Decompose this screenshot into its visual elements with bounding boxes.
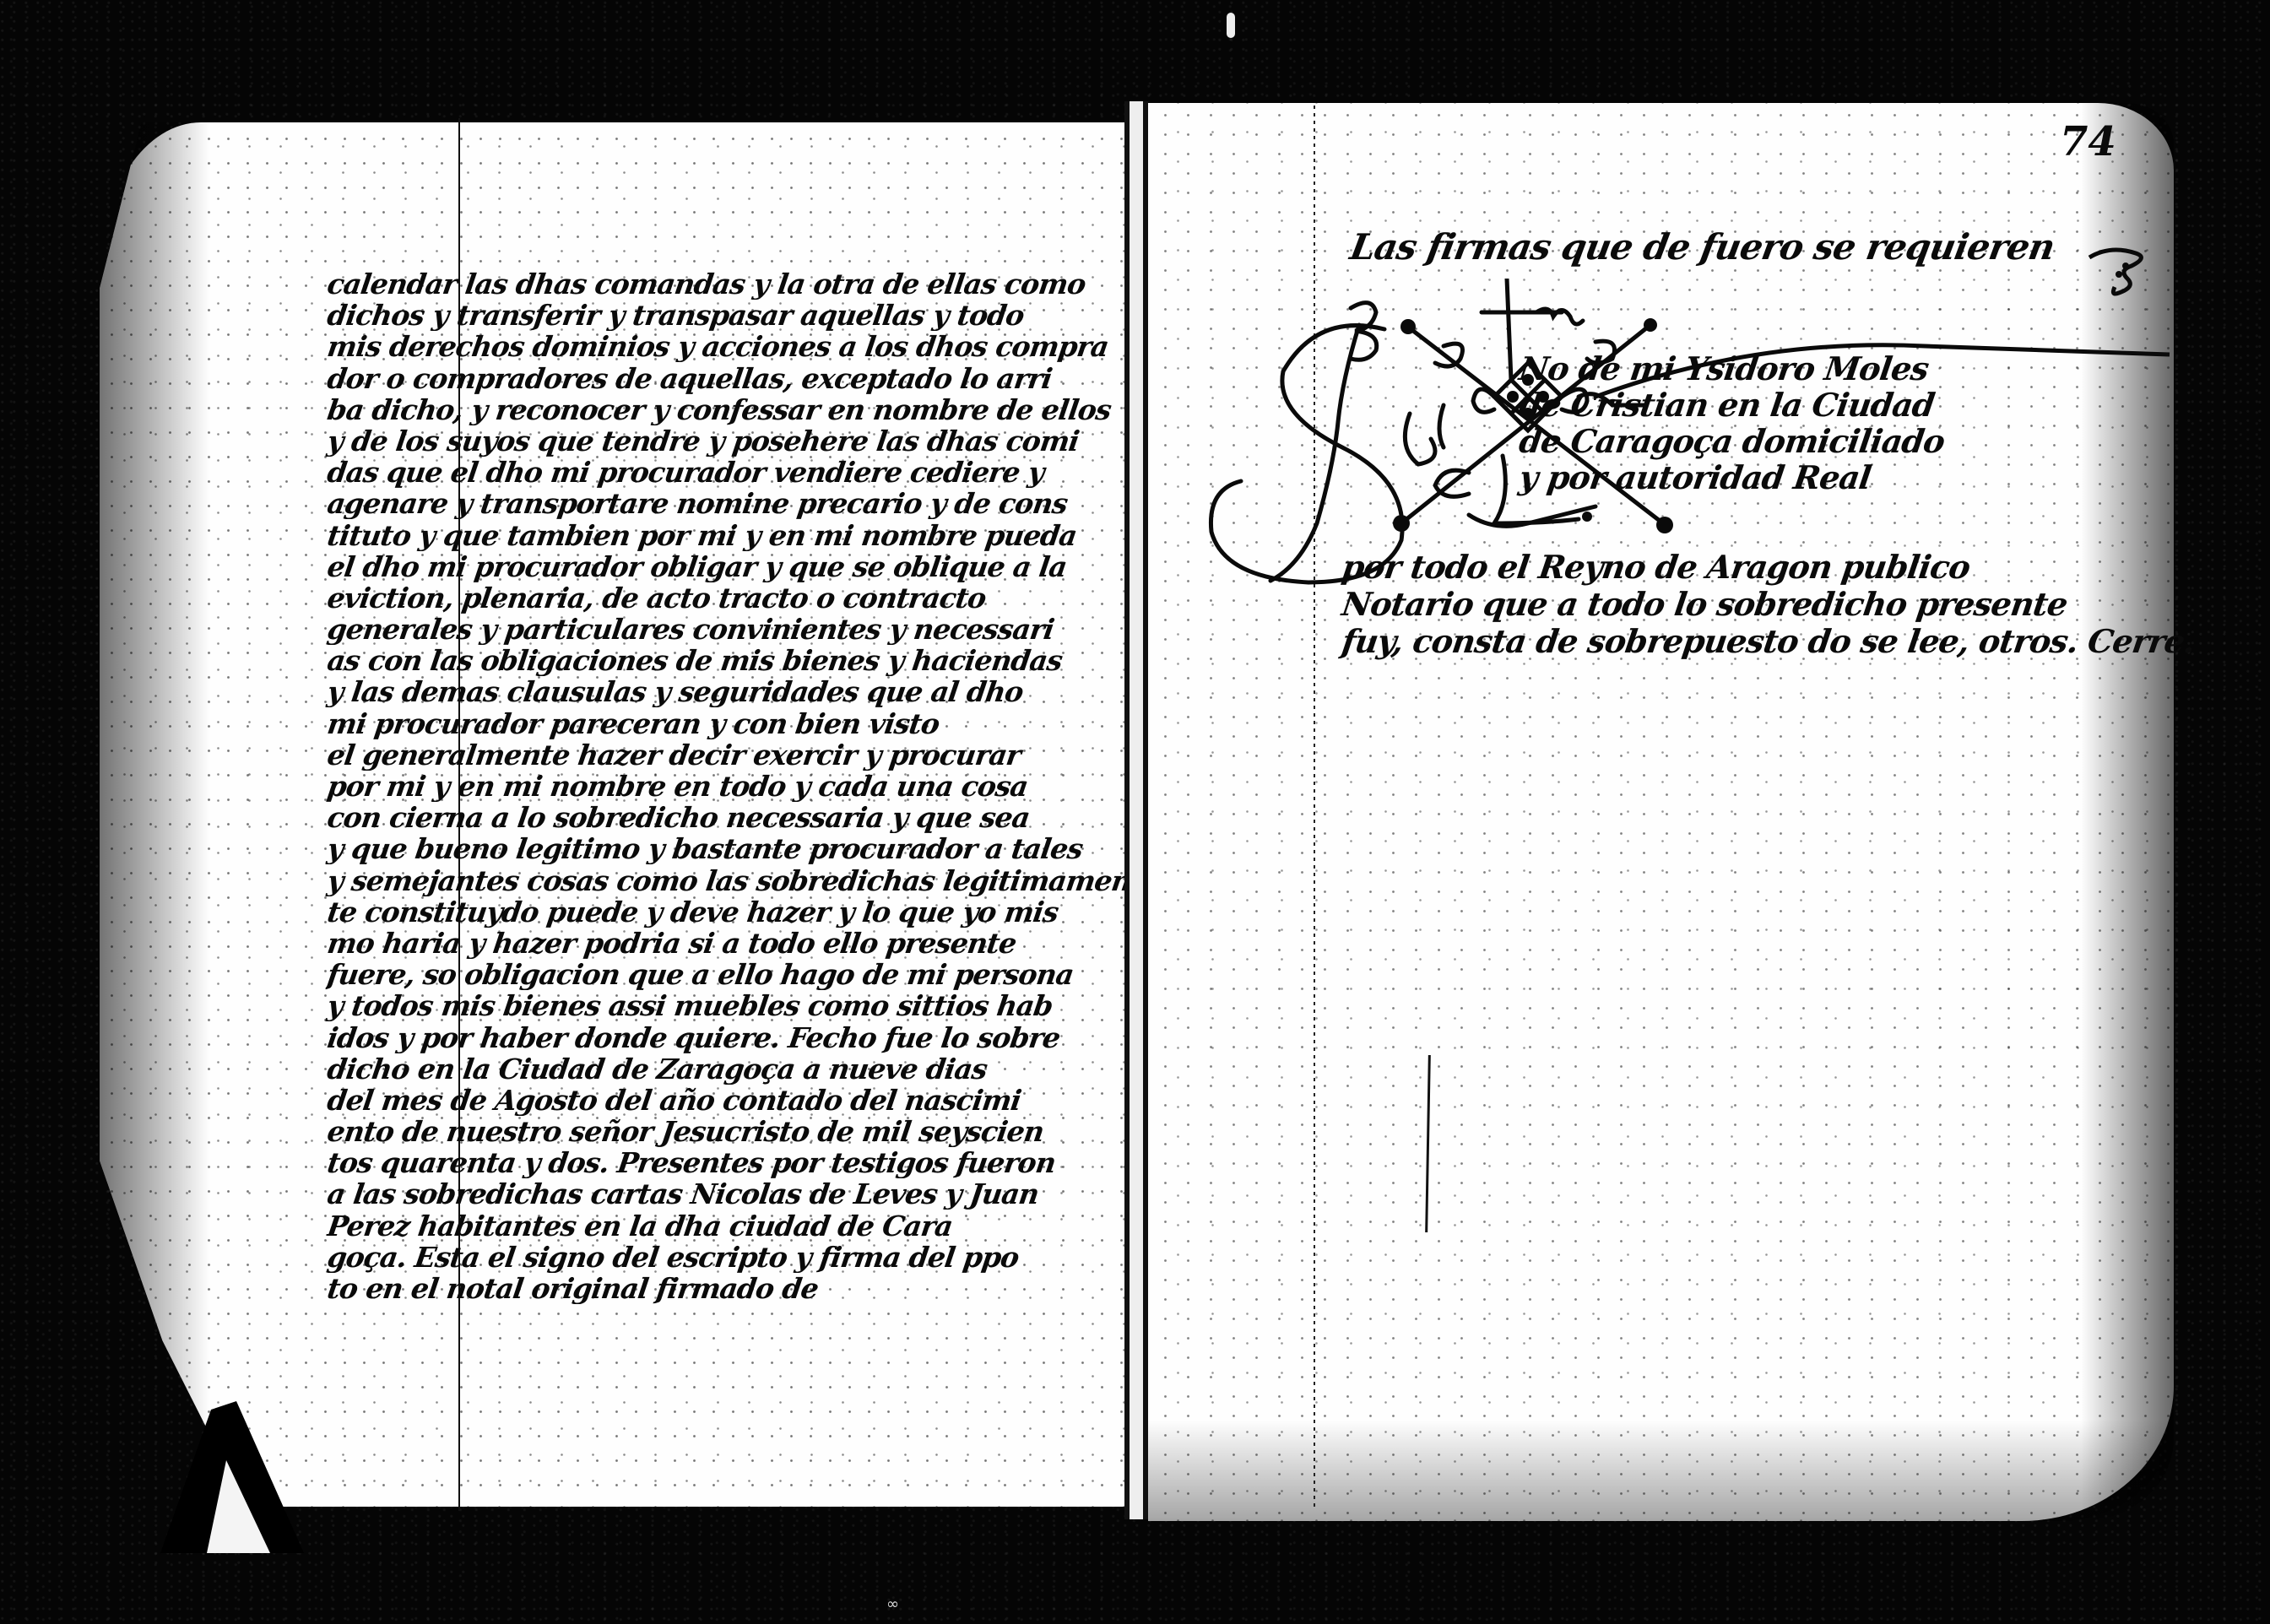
text-line: te constituydo puede y deve hazer y lo q…: [325, 896, 1140, 928]
folded-corner-shadow: [127, 1384, 312, 1553]
text-line: Perez habitantes en la dha ciudad de Car…: [325, 1210, 1140, 1242]
text-line: y las demas clausulas y seguridades que …: [325, 676, 1140, 707]
right-page-heading: Las firmas que de fuero se requieren: [1347, 226, 2058, 268]
left-page-text: calendar las dhas comandas y la otra de …: [328, 268, 1138, 1304]
text-line: fuere, so obligacion que a ello hago de …: [325, 959, 1140, 990]
folio-number: 74: [2060, 118, 2116, 165]
text-line: y por autoridad Real: [1517, 459, 1947, 495]
scan-artifact-mark: [1227, 13, 1235, 38]
text-line: de Cristian en la Ciudad: [1517, 387, 1947, 423]
heading-flourish: [2085, 241, 2153, 300]
text-line: mo haria y hazer podria si a todo ello p…: [325, 928, 1140, 959]
text-line: dor o compradores de aquellas, exceptado…: [325, 363, 1140, 394]
manuscript-scan: calendar las dhas comandas y la otra de …: [0, 0, 2270, 1624]
text-line: ento de nuestro señor Jesucristo de mil …: [325, 1116, 1140, 1147]
text-line: por todo el Reyno de Aragon publico: [1340, 549, 2197, 586]
notary-attestation-continued: por todo el Reyno de Aragon publico Nota…: [1342, 549, 2194, 660]
text-line: goça. Esta el signo del escripto y firma…: [325, 1242, 1140, 1273]
right-page-edge-shadow: [2081, 103, 2174, 1521]
text-line: tituto y que tambien por mi y en mi nomb…: [325, 520, 1140, 551]
text-line: fuy, consta de sobrepuesto do se lee, ot…: [1340, 623, 2197, 660]
text-line: agenare y transportare nomine precario y…: [325, 488, 1140, 519]
text-line: generales y particulares convinientes y …: [325, 614, 1140, 645]
text-line: dicho en la Ciudad de Zaragoça a nueve d…: [325, 1053, 1140, 1085]
text-line: con cierna a lo sobredicho necessaria y …: [325, 802, 1140, 833]
text-line: tos quarenta y dos. Presentes por testig…: [325, 1147, 1140, 1178]
text-line: eviction, plenaria, de acto tracto o con…: [325, 582, 1140, 614]
text-line: y que bueno legitimo y bastante procurad…: [325, 833, 1140, 864]
text-line: das que el dho mi procurador vendiere ce…: [325, 457, 1140, 488]
book-gutter: [1124, 101, 1148, 1519]
text-line: por mi y en mi nombre en todo y cada una…: [325, 771, 1140, 802]
text-line: ba dicho, y reconocer y confessar en nom…: [325, 394, 1140, 425]
text-line: a las sobredichas cartas Nicolas de Leve…: [325, 1178, 1140, 1210]
text-line: de Caragoça domiciliado: [1517, 423, 1947, 459]
text-line: as con las obligaciones de mis bienes y …: [325, 645, 1140, 676]
text-line: el generalmente hazer decir exercir y pr…: [325, 739, 1140, 771]
text-line: el dho mi procurador obligar y que se ob…: [325, 551, 1140, 582]
text-line: to en el notal original firmado de: [325, 1273, 1140, 1304]
notary-attestation-block: No de mi Ysidoro Moles de Cristian en la…: [1520, 350, 1944, 495]
left-page-edge-shadow: [100, 122, 209, 1507]
text-line: y todos mis bienes assi muebles como sit…: [325, 990, 1140, 1021]
text-line: Notario que a todo lo sobredicho present…: [1340, 586, 2197, 623]
text-line: y semejantes cosas como las sobredichas …: [325, 865, 1140, 896]
text-line: mis derechos dominios y acciones a los d…: [325, 331, 1140, 362]
text-line: y de los suyos que tendre y posehere las…: [325, 425, 1140, 457]
text-line: calendar las dhas comandas y la otra de …: [325, 268, 1140, 300]
text-line: del mes de Agosto del año contado del na…: [325, 1085, 1140, 1116]
text-line: idos y por haber donde quiere. Fecho fue…: [325, 1022, 1140, 1053]
scan-bottom-mark: ∞: [886, 1595, 899, 1613]
text-line: No de mi Ysidoro Moles: [1517, 350, 1947, 387]
text-line: mi procurador pareceran y con bien visto: [325, 708, 1140, 739]
text-line: dichos y transferir y transpasar aquella…: [325, 300, 1140, 331]
right-page-bottom-shadow: [1148, 1420, 2174, 1521]
